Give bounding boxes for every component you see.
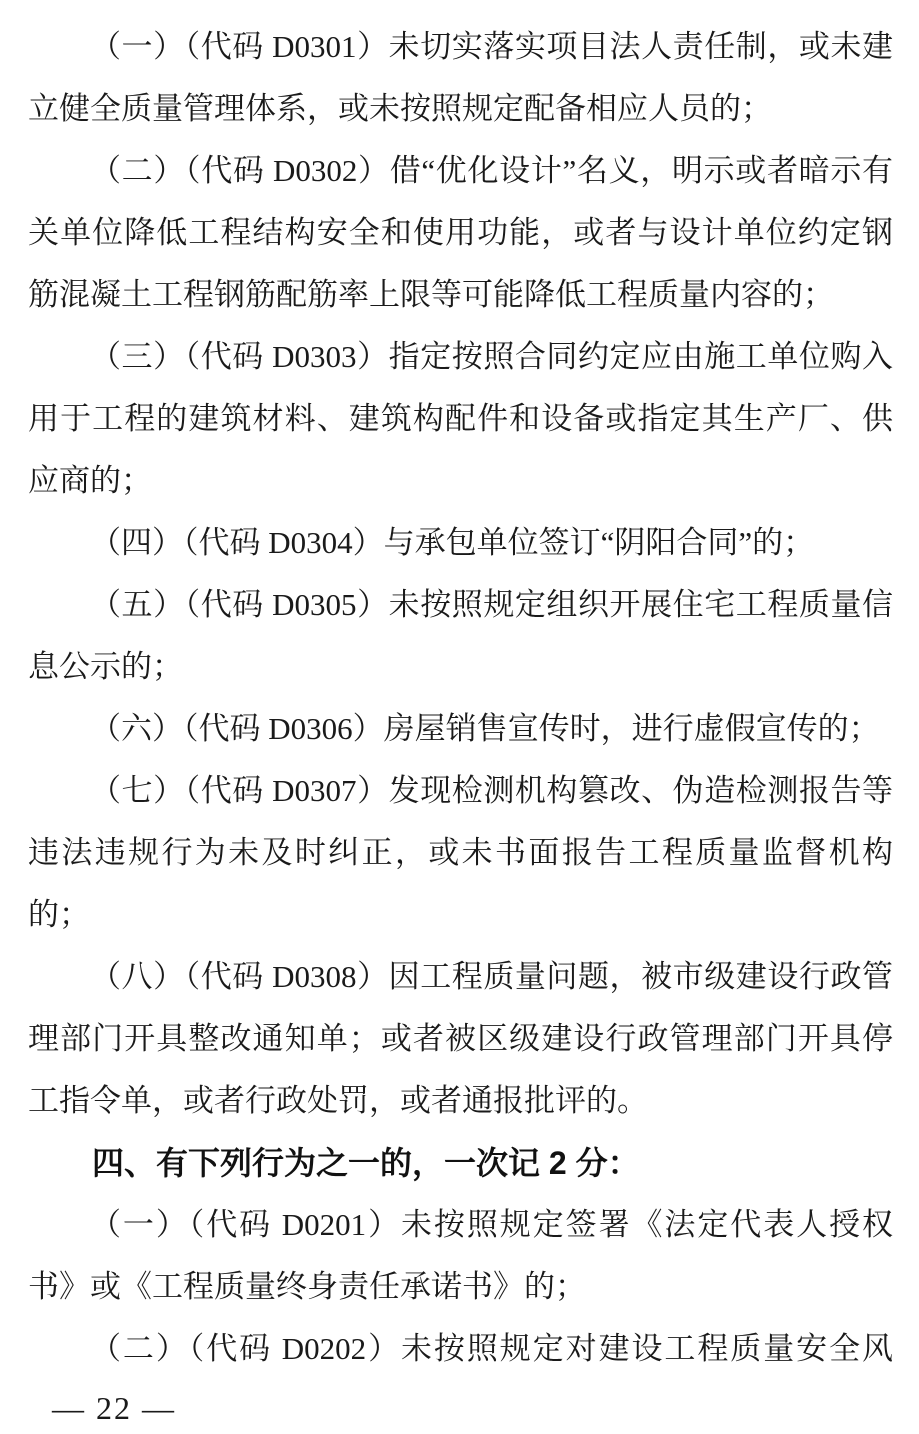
paragraph-d0201: （一）（代码 D0201）未按照规定签署《法定代表人授权书》或《工程质量终身责任…	[28, 1194, 893, 1318]
paragraph-d0202-continued: （二）（代码 D0202）未按照规定对建设工程质量安全风	[28, 1318, 893, 1380]
paragraph-d0303: （三）（代码 D0303）指定按照合同约定应由施工单位购入用于工程的建筑材料、建…	[28, 326, 893, 512]
section-heading-four: 四、有下列行为之一的，一次记 2 分：	[28, 1132, 893, 1194]
paragraph-d0302: （二）（代码 D0302）借“优化设计”名义，明示或者暗示有关单位降低工程结构安…	[28, 140, 893, 326]
paragraph-d0304: （四）（代码 D0304）与承包单位签订“阴阳合同”的；	[28, 512, 893, 574]
paragraph-d0308: （八）（代码 D0308）因工程质量问题，被市级建设行政管理部门开具整改通知单；…	[28, 946, 893, 1132]
paragraph-d0307: （七）（代码 D0307）发现检测机构篡改、伪造检测报告等违法违规行为未及时纠正…	[28, 760, 893, 946]
paragraph-d0301: （一）（代码 D0301）未切实落实项目法人责任制，或未建立健全质量管理体系，或…	[28, 16, 893, 140]
paragraph-d0306: （六）（代码 D0306）房屋销售宣传时，进行虚假宣传的；	[28, 698, 893, 760]
paragraph-d0305: （五）（代码 D0305）未按照规定组织开展住宅工程质量信息公示的；	[28, 574, 893, 698]
document-page: （一）（代码 D0301）未切实落实项目法人责任制，或未建立健全质量管理体系，或…	[0, 0, 919, 1434]
page-number: — 22 —	[52, 1390, 176, 1426]
